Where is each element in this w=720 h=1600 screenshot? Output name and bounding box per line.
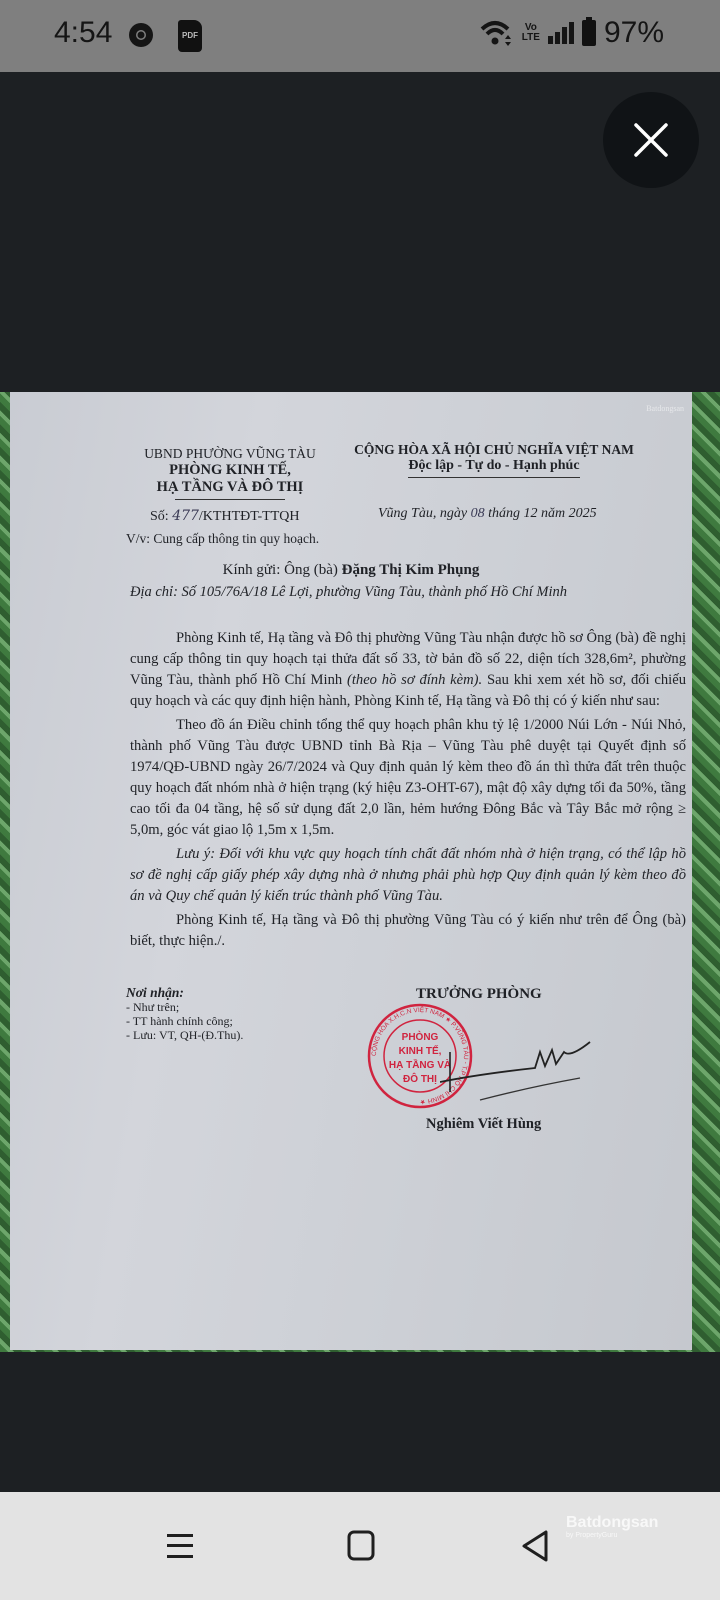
paragraph-1: Phòng Kinh tế, Hạ tầng và Đô thị phường … [130, 628, 686, 712]
volte-icon: Vo LTE [522, 23, 540, 43]
signal-icon [548, 22, 574, 44]
document-photo[interactable]: Batdongsan UBND PHƯỜNG VŨNG TÀU PHÒNG KI… [0, 392, 720, 1352]
paragraph-2: Theo đồ án Điều chỉnh tổng thể quy hoạch… [130, 715, 686, 841]
recipient-line: Kính gửi: Ông (bà) Đặng Thị Kim Phụng [10, 562, 692, 579]
signer-title: TRƯỞNG PHÒNG [416, 986, 542, 1003]
svg-text:PHÒNG: PHÒNG [402, 1030, 439, 1043]
signature-icon [440, 1032, 610, 1102]
recipient-name: Đặng Thị Kim Phụng [342, 562, 480, 578]
back-button[interactable] [508, 1520, 564, 1572]
agency-header: UBND PHƯỜNG VŨNG TÀU PHÒNG KINH TẾ, HẠ T… [130, 446, 330, 500]
close-icon [633, 122, 669, 158]
recents-icon [165, 1531, 195, 1561]
status-bar: 4:54 PDF Vo LTE 97% [0, 0, 720, 72]
home-icon [346, 1530, 376, 1562]
watermark: Batdongsan [646, 404, 684, 413]
paragraph-3: Phòng Kinh tế, Hạ tầng và Đô thị phường … [130, 910, 686, 952]
document-number: Số: 477/KTHTĐT-TTQH [150, 508, 300, 525]
divider [175, 499, 285, 500]
chrome-icon [128, 22, 154, 48]
document-subject: V/v: Cung cấp thông tin quy hoạch. [126, 531, 319, 547]
status-icons: Vo LTE 97% [480, 16, 664, 50]
watermark-logo: Batdongsan by PropertyGuru [566, 1514, 658, 1539]
close-button[interactable] [603, 92, 699, 188]
battery-percent: 97% [604, 16, 664, 50]
document-body: Phòng Kinh tế, Hạ tầng và Đô thị phường … [130, 628, 686, 955]
pdf-icon: PDF [178, 20, 202, 52]
note-paragraph: Lưu ý: Đối với khu vực quy hoạch tính ch… [130, 844, 686, 907]
divider [408, 477, 580, 478]
national-header: CỘNG HÒA XÃ HỘI CHỦ NGHĨA VIỆT NAM Độc l… [344, 442, 644, 478]
svg-text:KINH TẾ,: KINH TẾ, [399, 1044, 442, 1057]
clock: 4:54 [54, 16, 112, 50]
recipient-address: Địa chỉ: Số 105/76A/18 Lê Lợi, phường Vũ… [130, 584, 567, 601]
navigation-bar: Batdongsan by PropertyGuru [0, 1492, 720, 1600]
home-button[interactable] [333, 1520, 389, 1572]
signer-name: Nghiêm Viết Hùng [426, 1116, 541, 1133]
svg-text:ĐÔ THỊ: ĐÔ THỊ [403, 1072, 437, 1085]
recipients-list: Nơi nhận: - Như trên; - TT hành chính cô… [126, 986, 243, 1042]
battery-icon [582, 20, 596, 46]
document-paper: Batdongsan UBND PHƯỜNG VŨNG TÀU PHÒNG KI… [10, 392, 692, 1350]
wifi-icon [480, 19, 514, 47]
back-icon [520, 1529, 552, 1563]
recents-button[interactable] [152, 1520, 208, 1572]
document-date: Vũng Tàu, ngày 08 tháng 12 năm 2025 [378, 506, 597, 522]
